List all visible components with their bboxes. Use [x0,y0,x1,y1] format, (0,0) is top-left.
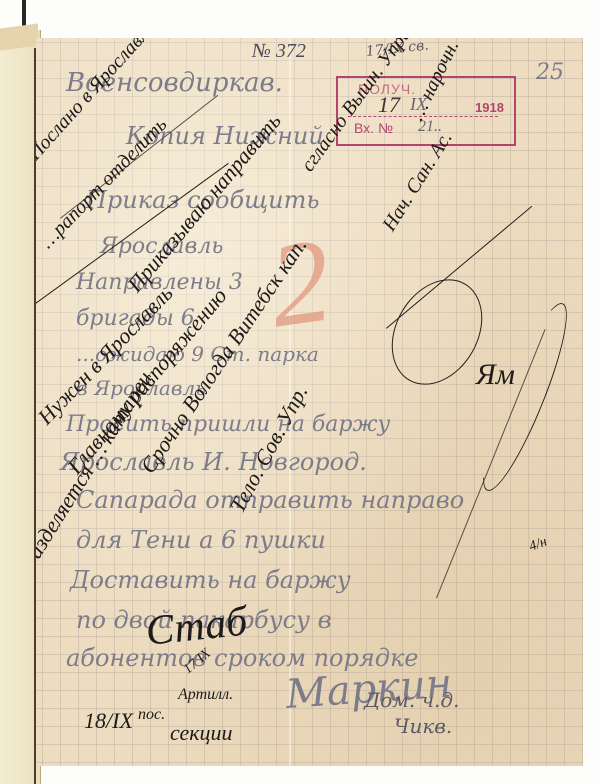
pencil-line-13: Доставить на баржу [70,566,351,594]
document-page: 2 № 372 17/IX св. 25 ПОЛУЧ. 17 IX 1918 В… [36,38,583,766]
perforated-edge [36,38,583,40]
stamp-incoming-label: Вх. № [354,120,393,136]
ink-initials-right: Ям [476,358,515,392]
bottom-note-date: 18/IX [84,708,133,734]
bottom-note-text-1: пос. [138,706,165,724]
pencil-bottom-right-2: Чикв. [394,714,452,738]
pencil-bottom-right-1: Дом. ч.д. [364,688,459,712]
stamp-day: 17 [378,92,400,118]
pencil-line-12: для Тени а 6 пушки [76,526,326,554]
bottom-note-text-3: секции [170,720,233,746]
registry-number: № 372 [252,40,306,63]
pencil-line-11: Сапарада отправить направо [76,486,464,514]
signature-loop-2 [470,296,581,498]
stamp-year: 1918 [475,100,504,115]
bottom-note-text-2: Артилл. [178,686,233,704]
ink-small-mark: 4/н [527,534,549,555]
sheet-number: 25 [536,60,564,85]
